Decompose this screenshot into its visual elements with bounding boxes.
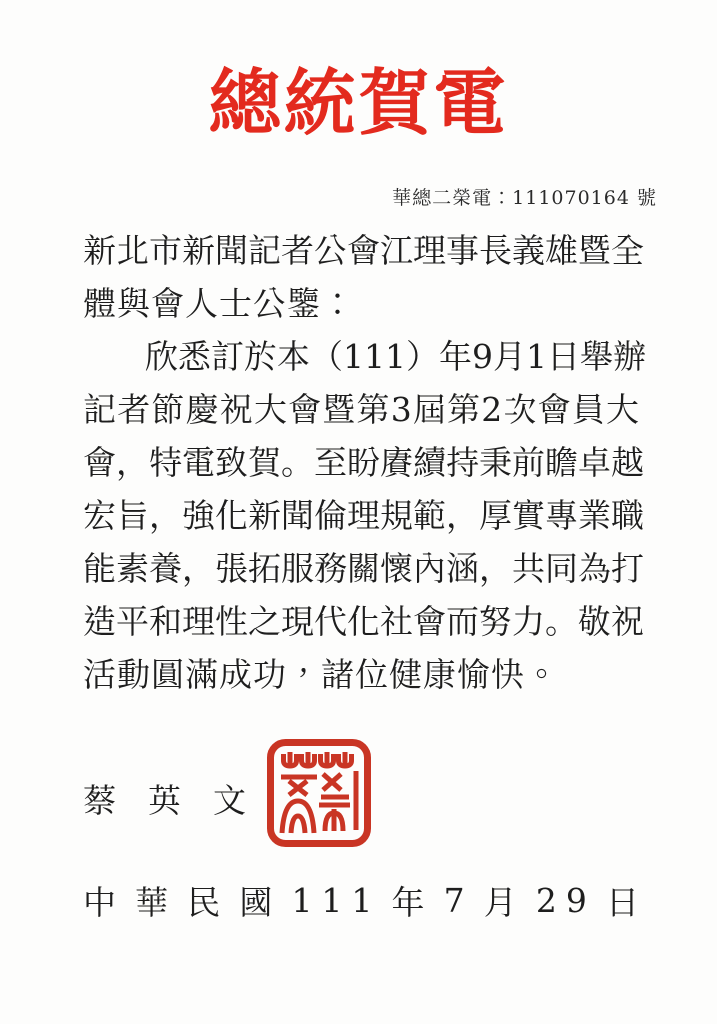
- reference-number: 華總二榮電：111070164 號: [392, 183, 657, 210]
- body-line: 宏旨，強化新聞倫理規範，厚實專業職: [83, 489, 639, 542]
- body-line: 欣悉訂於本（111）年9月1日舉辦: [83, 330, 639, 383]
- body-line: 活動圓滿成功，諸位健康愉快。: [83, 648, 639, 701]
- body-paragraph: 新北市新聞記者公會江理事長義雄暨全 體與會人士公鑒： 欣悉訂於本（111）年9月…: [83, 224, 639, 701]
- document-title: 總統賀電: [0, 62, 717, 145]
- signature-name: 蔡英文: [83, 775, 246, 822]
- signature-block: 蔡英文: [83, 737, 373, 849]
- body-line: 會，特電致賀。至盼賡續持秉前瞻卓越: [83, 436, 639, 489]
- body-line: 造平和理性之現代化社會而努力。敬祝: [83, 595, 639, 648]
- body-line: 能素養，張拓服務關懷內涵，共同為打: [83, 542, 639, 595]
- body-line: 體與會人士公鑒：: [83, 277, 639, 330]
- presidential-seal-stamp-icon: [265, 737, 373, 849]
- body-line: 記者節慶祝大會暨第3屆第2次會員大: [83, 383, 639, 436]
- body-line: 新北市新聞記者公會江理事長義雄暨全: [83, 224, 639, 277]
- telegram-document-page: 總統賀電 華總二榮電：111070164 號 新北市新聞記者公會江理事長義雄暨全…: [0, 0, 717, 1024]
- date-line: 中華民國111年7月29日: [83, 877, 639, 924]
